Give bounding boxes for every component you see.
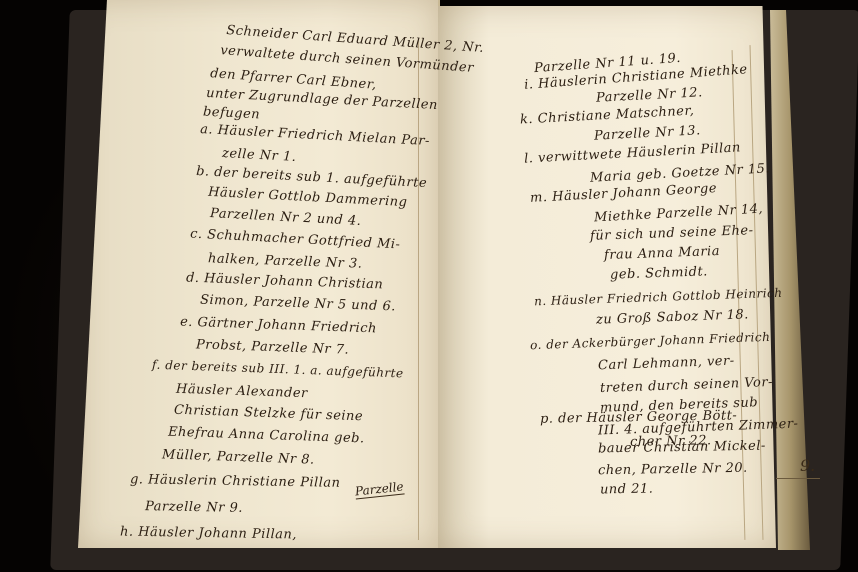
left-margin-rule (418, 40, 419, 540)
left-line: Parzelle Nr 9. (145, 499, 243, 516)
right-line: chen, Parzelle Nr 20. (598, 461, 748, 479)
page-number: 9. (800, 456, 815, 475)
right-line-p-cont: cher Nr 22. (630, 433, 712, 449)
page-number-underline (776, 478, 820, 479)
left-line: befugen (203, 105, 261, 123)
right-line: und 21. (600, 482, 654, 498)
left-line: h. Häusler Johann Pillan, (120, 524, 297, 542)
